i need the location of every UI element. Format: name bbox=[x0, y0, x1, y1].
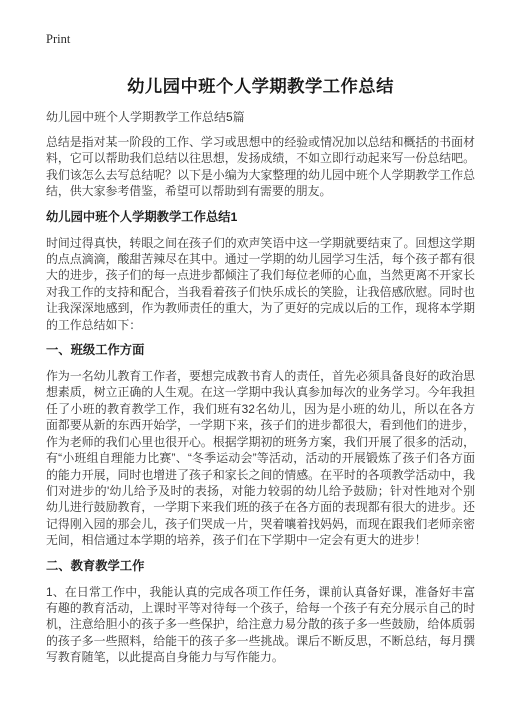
section-paragraph: 时间过得真快，转眼之间在孩子们的欢声笑语中这一学期就要结束了。回想这学期的点点滴… bbox=[46, 235, 475, 333]
document-subtitle: 幼儿园中班个人学期教学工作总结5篇 bbox=[46, 109, 475, 125]
document-page: Print 幼儿园中班个人学期教学工作总结 幼儿园中班个人学期教学工作总结5篇 … bbox=[0, 0, 520, 718]
print-button[interactable]: Print bbox=[46, 32, 70, 46]
page-title: 幼儿园中班个人学期教学工作总结 bbox=[46, 74, 475, 98]
section-paragraph: 1、在日常工作中，我能认真的完成各项工作任务，课前认真备好课，准备好丰富有趣的教… bbox=[46, 584, 475, 666]
intro-paragraph: 总结是指对某一阶段的工作、学习或思想中的经验或情况加以总结和概括的书面材料，它可… bbox=[46, 134, 475, 200]
section-heading-summary-1: 幼儿园中班个人学期教学工作总结1 bbox=[46, 209, 475, 226]
section-paragraph: 作为一名幼儿教育工作者，要想完成教书育人的责任，首先必须具备良好的政治思想素质，… bbox=[46, 368, 475, 548]
section-heading-class-work: 一、班级工作方面 bbox=[46, 342, 475, 359]
section-heading-teaching-work: 二、教育教学工作 bbox=[46, 558, 475, 575]
